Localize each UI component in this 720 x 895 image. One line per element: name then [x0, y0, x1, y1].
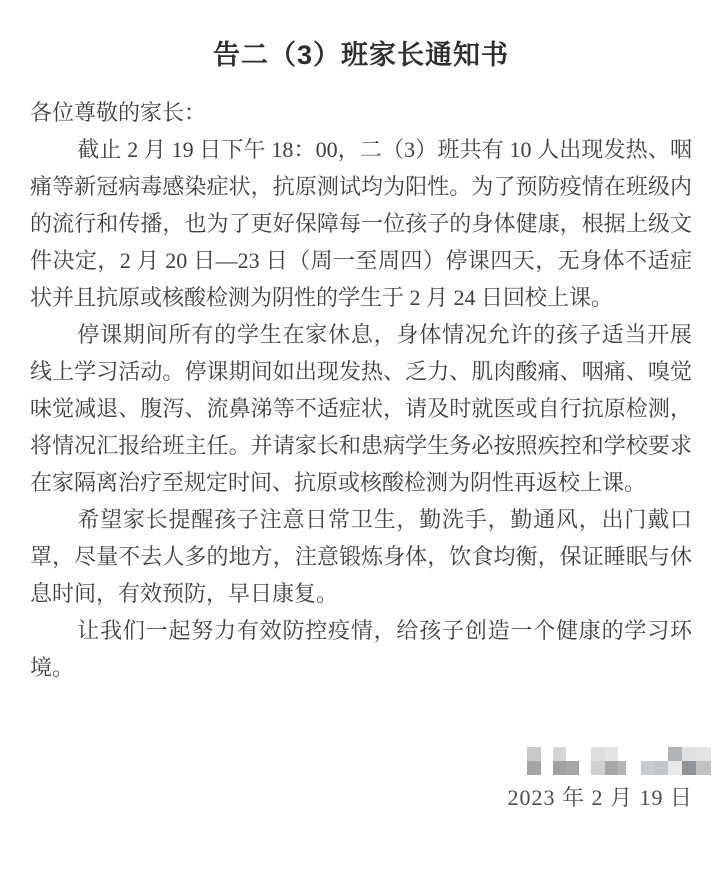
mosaic-column	[566, 747, 579, 775]
mosaic-cell	[541, 761, 553, 775]
mosaic-cell	[654, 747, 668, 761]
mosaic-cell	[696, 761, 711, 775]
mosaic-cell	[682, 747, 696, 761]
paragraph-closing-wish: 让我们一起努力有效防控疫情，给孩子创造一个健康的学习环境。	[30, 612, 692, 686]
document-title: 告二（3）班家长通知书	[30, 38, 692, 72]
mosaic-column	[579, 747, 591, 775]
mosaic-column	[668, 747, 682, 775]
mosaic-cell	[605, 747, 618, 761]
mosaic-cell	[553, 761, 566, 775]
mosaic-cell	[618, 747, 626, 761]
document-body: 告二（3）班家长通知书 各位尊敬的家长： 截止 2 月 19 日下午 18：00…	[0, 0, 720, 686]
mosaic-cell	[668, 761, 682, 775]
paragraph-hygiene-advice: 希望家长提醒孩子注意日常卫生，勤洗手，勤通风，出门戴口罩，尽量不去人多的地方，注…	[30, 501, 692, 612]
mosaic-cell	[566, 761, 579, 775]
mosaic-column	[626, 747, 641, 775]
mosaic-column	[682, 747, 696, 775]
mosaic-cell	[626, 747, 641, 761]
mosaic-cell	[668, 747, 682, 761]
signature-date: 2023 年 2 月 19 日	[507, 783, 693, 813]
mosaic-column	[591, 747, 605, 775]
mosaic-cell	[696, 747, 711, 761]
mosaic-cell	[566, 747, 579, 761]
mosaic-cell	[579, 747, 591, 761]
mosaic-column	[696, 747, 711, 775]
mosaic-column	[553, 747, 566, 775]
mosaic-cell	[591, 747, 605, 761]
mosaic-cell	[626, 761, 641, 775]
mosaic-column	[641, 747, 654, 775]
redacted-signature-mosaic	[527, 747, 711, 775]
mosaic-cell	[541, 747, 553, 761]
mosaic-column	[605, 747, 618, 775]
mosaic-cell	[553, 747, 566, 761]
paragraph-home-rest-instructions: 停课期间所有的学生在家休息，身体情况允许的孩子适当开展线上学习活动。停课期间如出…	[30, 316, 692, 501]
mosaic-column	[541, 747, 553, 775]
notice-document-page: 告二（3）班家长通知书 各位尊敬的家长： 截止 2 月 19 日下午 18：00…	[0, 0, 720, 895]
mosaic-cell	[527, 761, 541, 775]
mosaic-column	[654, 747, 668, 775]
mosaic-cell	[618, 761, 626, 775]
paragraph-outbreak-and-suspension: 截止 2 月 19 日下午 18：00，二（3）班共有 10 人出现发热、咽痛等…	[30, 131, 692, 316]
salutation-line: 各位尊敬的家长：	[30, 94, 692, 131]
mosaic-cell	[579, 761, 591, 775]
mosaic-cell	[654, 761, 668, 775]
mosaic-cell	[527, 747, 541, 761]
mosaic-column	[618, 747, 626, 775]
mosaic-cell	[605, 761, 618, 775]
mosaic-column	[527, 747, 541, 775]
mosaic-cell	[641, 761, 654, 775]
mosaic-cell	[682, 761, 696, 775]
mosaic-cell	[591, 761, 605, 775]
mosaic-cell	[641, 747, 654, 761]
